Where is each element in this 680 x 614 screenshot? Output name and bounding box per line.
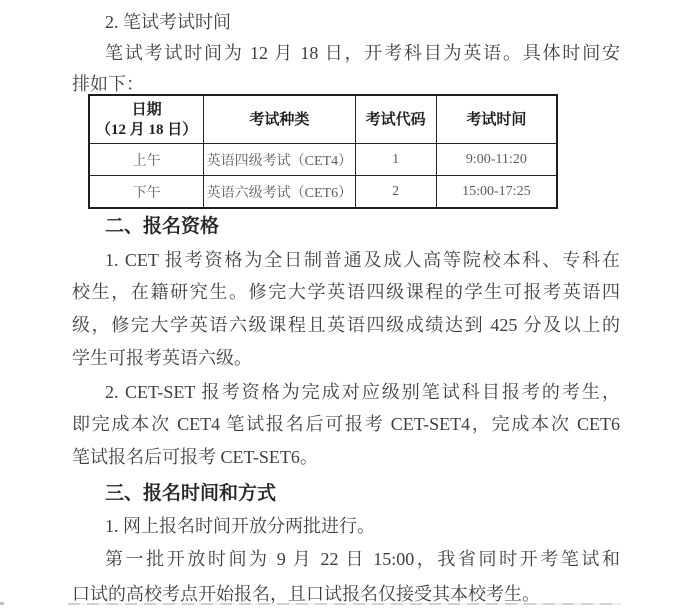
scan-crop-artifact <box>68 603 620 605</box>
cell-exam-type: 英语六级考试（CET6） <box>204 176 355 209</box>
header-date-line2: （12 月 18 日） <box>90 120 203 140</box>
subheading-written-exam-time: 2. 笔试考试时间 <box>105 9 231 35</box>
para-online-registration-batches: 1. 网上报名时间开放分两批进行。 <box>105 513 375 539</box>
cell-exam-time: 15:00-17:25 <box>436 176 557 209</box>
para-cet-eligibility-line2: 校生，在籍研究生。修完大学英语四级课程的学生可报考英语四 <box>72 279 620 305</box>
cell-exam-time: 9:00-11:20 <box>436 144 557 176</box>
para-cet-eligibility-line4: 学生可报考英语六级。 <box>72 345 252 371</box>
table-row-morning: 上午 英语四级考试（CET4） 1 9:00-11:20 <box>89 144 557 176</box>
para-cetset-eligibility-line2: 即完成本次 CET4 笔试报名后可报考 CET-SET4，完成本次 CET6 <box>72 411 620 437</box>
cell-exam-code: 2 <box>355 176 436 209</box>
para-first-batch-line1: 第一批开放时间为 9 月 22 日 15:00，我省同时开考笔试和 <box>105 546 620 572</box>
scan-edge-artifact <box>0 602 4 605</box>
para-exam-date-line1: 笔试考试时间为 12 月 18 日，开考科目为英语。具体时间安 <box>105 40 620 66</box>
cell-exam-code: 1 <box>355 144 436 176</box>
table-row-afternoon: 下午 英语六级考试（CET6） 2 15:00-17:25 <box>89 176 557 209</box>
heading-registration-time-method: 三、报名时间和方式 <box>105 481 276 507</box>
header-exam-type-cell: 考试种类 <box>204 95 355 144</box>
header-exam-code-cell: 考试代码 <box>355 95 436 144</box>
header-exam-time-cell: 考试时间 <box>436 95 557 144</box>
document-page: 2. 笔试考试时间 笔试考试时间为 12 月 18 日，开考科目为英语。具体时间… <box>0 0 680 614</box>
header-date-cell: 日期 （12 月 18 日） <box>89 95 204 144</box>
table-header-row: 日期 （12 月 18 日） 考试种类 考试代码 考试时间 <box>89 95 557 144</box>
para-cet-eligibility-line1: 1. CET 报考资格为全日制普通及成人高等院校本科、专科在 <box>105 247 620 273</box>
cell-session: 下午 <box>89 176 204 209</box>
para-cet-eligibility-line3: 级，修完大学英语六级课程且英语四级成绩达到 425 分及以上的 <box>72 312 620 338</box>
header-date-line1: 日期 <box>90 100 203 120</box>
cell-exam-type: 英语四级考试（CET4） <box>204 144 355 176</box>
para-cetset-eligibility-line3: 笔试报名后可报考 CET-SET6。 <box>72 444 318 470</box>
exam-schedule-table: 日期 （12 月 18 日） 考试种类 考试代码 考试时间 上午 英语四级考试（… <box>88 94 558 209</box>
cell-session: 上午 <box>89 144 204 176</box>
para-cetset-eligibility-line1: 2. CET-SET 报考资格为完成对应级别笔试科目报考的考生， <box>105 379 620 405</box>
heading-registration-eligibility: 二、报名资格 <box>105 214 219 240</box>
